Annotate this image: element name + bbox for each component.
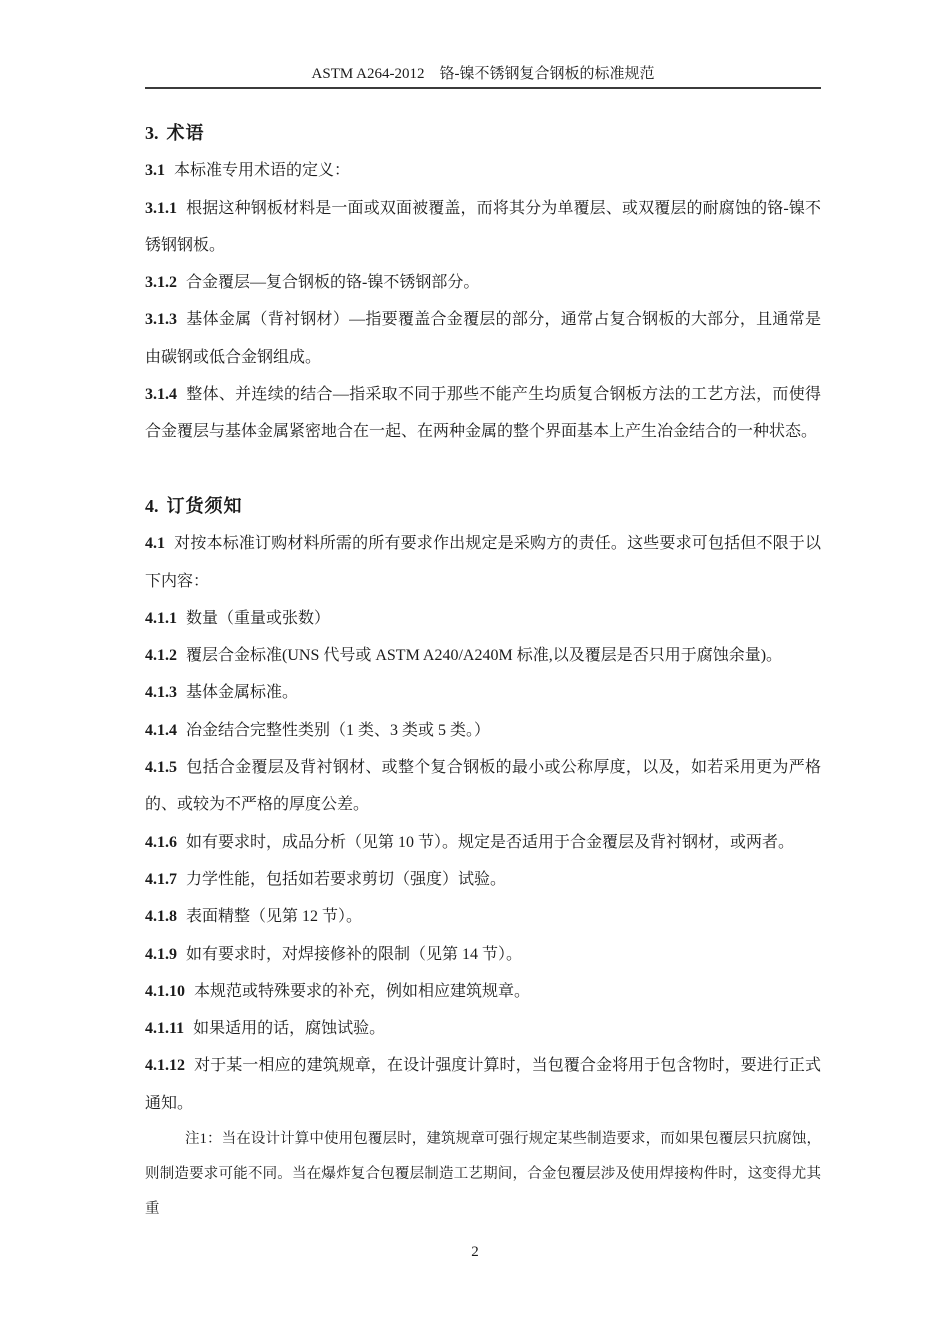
paragraph-number: 3.1.2 — [145, 274, 177, 291]
paragraph-number: 4.1.9 — [145, 946, 177, 963]
paragraph-text: 基体金属标准。 — [186, 684, 298, 701]
paragraph-text: 根据这种钢板材料是一面或双面被覆盖，而将其分为单覆层、或双覆层的耐腐蚀的铬-镍不… — [145, 200, 821, 254]
paragraph-text: 如有要求时，对焊接修补的限制（见第 14 节）。 — [186, 946, 522, 963]
paragraph: 4.1.2覆层合金标准(UNS 代号或 ASTM A240/A240M 标准,以… — [145, 637, 821, 674]
paragraph: 4.1.12对于某一相应的建筑规章，在设计强度计算时，当包覆合金将用于包含物时，… — [145, 1047, 821, 1122]
paragraph: 4.1.7力学性能，包括如若要求剪切（强度）试验。 — [145, 861, 821, 898]
paragraph-text: 合金覆层—复合钢板的铬-镍不锈钢部分。 — [186, 274, 479, 291]
paragraph-number: 4.1 — [145, 535, 165, 552]
paragraph-text: 对按本标准订购材料所需的所有要求作出规定是采购方的责任。这些要求可包括但不限于以… — [145, 535, 821, 589]
paragraph: 3.1.2合金覆层—复合钢板的铬-镍不锈钢部分。 — [145, 264, 821, 301]
paragraph: 4.1.8表面精整（见第 12 节）。 — [145, 898, 821, 935]
paragraph-text: 表面精整（见第 12 节）。 — [186, 908, 362, 925]
paragraph: 3.1本标准专用术语的定义： — [145, 152, 821, 189]
paragraph-text: 如有要求时，成品分析（见第 10 节）。规定是否适用于合金覆层及背衬钢材，或两者… — [186, 834, 794, 851]
paragraph: 4.1.11如果适用的话，腐蚀试验。 — [145, 1010, 821, 1047]
paragraph-number: 4.1.6 — [145, 834, 177, 851]
paragraph-text: 如果适用的话，腐蚀试验。 — [193, 1020, 385, 1037]
paragraph-number: 4.1.12 — [145, 1057, 185, 1074]
page-number: 2 — [0, 1242, 950, 1262]
paragraph-number: 4.1.3 — [145, 684, 177, 701]
paragraph-text: 本标准专用术语的定义： — [174, 162, 350, 179]
footnote-text: 注1：当在设计计算中使用包覆层时，建筑规章可强行规定某些制造要求，而如果包覆层只… — [145, 1122, 821, 1227]
paragraph: 3.1.1根据这种钢板材料是一面或双面被覆盖，而将其分为单覆层、或双覆层的耐腐蚀… — [145, 190, 821, 265]
paragraph: 4.1.4冶金结合完整性类别（1 类、3 类或 5 类。） — [145, 712, 821, 749]
paragraph-number: 4.1.2 — [145, 647, 177, 664]
page-header-title: ASTM A264-2012 铬-镍不锈钢复合钢板的标准规范 — [145, 64, 821, 84]
paragraph-text: 对于某一相应的建筑规章，在设计强度计算时，当包覆合金将用于包含物时，要进行正式通… — [145, 1057, 821, 1111]
paragraph-number: 3.1.4 — [145, 386, 177, 403]
paragraph-number: 4.1.5 — [145, 759, 177, 776]
paragraph-text: 基体金属（背衬钢材）—指要覆盖合金覆层的部分，通常占复合钢板的大部分，且通常是由… — [145, 311, 821, 365]
paragraph-number: 3.1.3 — [145, 311, 177, 328]
paragraph-text: 包括合金覆层及背衬钢材、或整个复合钢板的最小或公称厚度，以及，如若采用更为严格的… — [145, 759, 821, 813]
paragraph: 4.1.9如有要求时，对焊接修补的限制（见第 14 节）。 — [145, 936, 821, 973]
section-heading-ordering-info: 4.订货须知 — [145, 488, 821, 525]
paragraph-number: 4.1.8 — [145, 908, 177, 925]
paragraph: 3.1.4整体、并连续的结合—指采取不同于那些不能产生均质复合钢板方法的工艺方法… — [145, 376, 821, 451]
paragraph: 4.1.6如有要求时，成品分析（见第 10 节）。规定是否适用于合金覆层及背衬钢… — [145, 824, 821, 861]
paragraph-text: 冶金结合完整性类别（1 类、3 类或 5 类。） — [186, 722, 490, 739]
paragraph: 4.1.1数量（重量或张数） — [145, 600, 821, 637]
paragraph-text: 整体、并连续的结合—指采取不同于那些不能产生均质复合钢板方法的工艺方法，而使得合… — [145, 386, 821, 440]
paragraph-text: 力学性能，包括如若要求剪切（强度）试验。 — [186, 871, 506, 888]
paragraph-number: 4.1.4 — [145, 722, 177, 739]
paragraph-text: 本规范或特殊要求的补充，例如相应建筑规章。 — [194, 983, 530, 1000]
header-rule — [145, 87, 821, 89]
document-body: 3.术语 3.1本标准专用术语的定义： 3.1.1根据这种钢板材料是一面或双面被… — [145, 115, 821, 1227]
paragraph: 4.1.5包括合金覆层及背衬钢材、或整个复合钢板的最小或公称厚度，以及，如若采用… — [145, 749, 821, 824]
paragraph: 4.1.10本规范或特殊要求的补充，例如相应建筑规章。 — [145, 973, 821, 1010]
paragraph-number: 3.1 — [145, 162, 165, 179]
section-title: 订货须知 — [167, 496, 243, 516]
section-heading-terms: 3.术语 — [145, 115, 821, 152]
paragraph-number: 4.1.10 — [145, 983, 185, 1000]
paragraph: 4.1.3基体金属标准。 — [145, 674, 821, 711]
paragraph-number: 4.1.11 — [145, 1020, 184, 1037]
section-title: 术语 — [167, 123, 205, 143]
paragraph-text: 覆层合金标准(UNS 代号或 ASTM A240/A240M 标准,以及覆层是否… — [186, 647, 782, 664]
paragraph-number: 4.1.7 — [145, 871, 177, 888]
document-page: ASTM A264-2012 铬-镍不锈钢复合钢板的标准规范 3.术语 3.1本… — [0, 0, 950, 1344]
paragraph-text: 数量（重量或张数） — [186, 610, 330, 627]
section-number: 4. — [145, 496, 159, 516]
paragraph-number: 4.1.1 — [145, 610, 177, 627]
paragraph: 3.1.3基体金属（背衬钢材）—指要覆盖合金覆层的部分，通常占复合钢板的大部分，… — [145, 301, 821, 376]
paragraph: 4.1对按本标准订购材料所需的所有要求作出规定是采购方的责任。这些要求可包括但不… — [145, 525, 821, 600]
paragraph-number: 3.1.1 — [145, 200, 177, 217]
section-number: 3. — [145, 123, 159, 143]
